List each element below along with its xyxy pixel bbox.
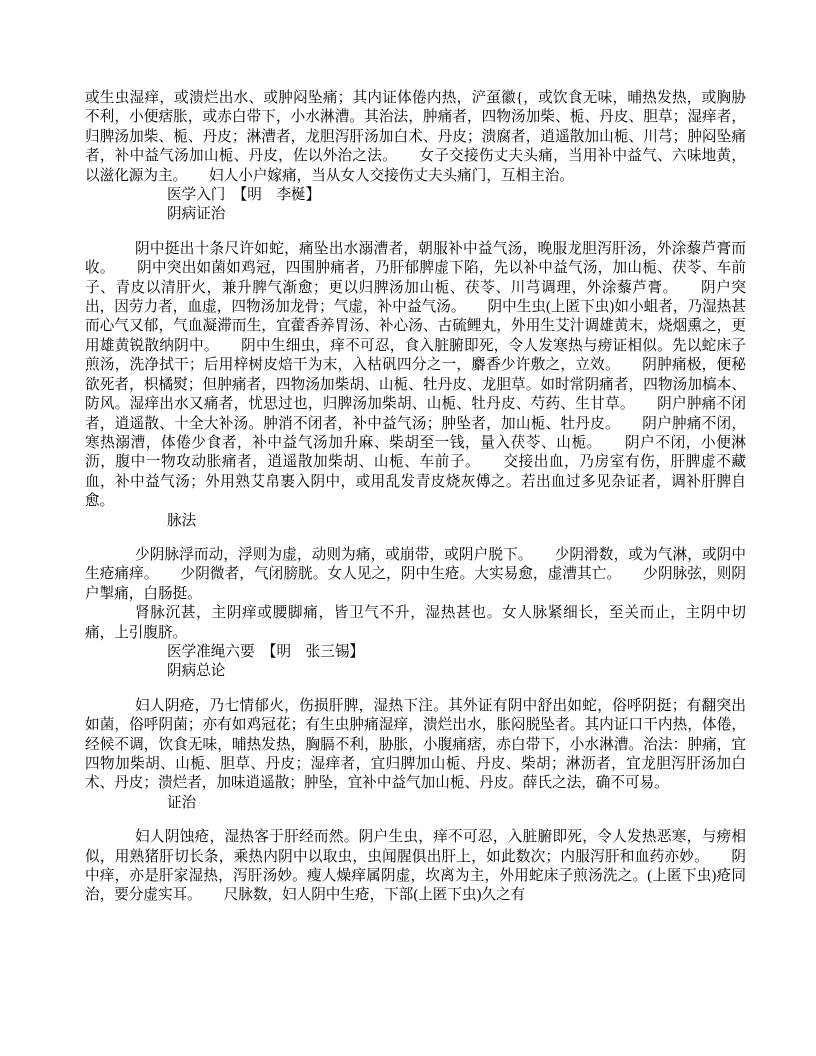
section-heading-yinbing-zhengzhi: 阴病证治 <box>167 205 746 224</box>
paragraph-yinbing-zhengzhi-body: 阴中挺出十条尺许如蛇，痛坠出水溺漕者，朝服补中益气汤，晚服龙胆泻肝汤，外涂藜芦膏… <box>85 240 746 512</box>
section-heading-zhengzhi: 证治 <box>167 794 746 813</box>
paragraph-continuation: 或生虫湿痒，或溃烂出水、或肿闷坠痛；其内证体倦内热，浐虿徽{，或饮食无味，晡热发… <box>85 89 746 186</box>
document-page: 或生虫湿痒，或溃烂出水、或肿闷坠痛；其内证体倦内热，浐虿徽{，或饮食无味，晡热发… <box>0 0 816 1056</box>
section-heading-yinbing-zonglun: 阴病总论 <box>167 662 746 681</box>
paragraph-zhengzhi-body: 妇人阴蚀疮，湿热客于肝经而然。阴户生虫，痒不可忍，入脏腑即死，令人发热恶寒，与痨… <box>85 828 746 906</box>
paragraph-yinbing-zonglun-body: 妇人阴疮，乃七情郁火，伤损肝脾，湿热下注。其外证有阴中舒出如蛇，俗呼阴挺；有翻突… <box>85 697 746 794</box>
paragraph-maifa-shaoyin: 少阴脉浮而动，浮则为虚，动则为痛，或崩带，或阴户脱下。 少阴滑数，或为气淋，或阴… <box>85 546 746 604</box>
book-title-yixuerumen: 医学入门 【明 李梴】 <box>167 186 746 205</box>
book-title-yixue-zhunsheng-liuyao: 医学准绳六要 【明 张三锡】 <box>167 643 746 662</box>
section-heading-maifa: 脉法 <box>167 512 746 531</box>
paragraph-maifa-shenmai: 肾脉沉甚，主阴痒或腰脚痛，皆卫气不升，湿热甚也。女人脉紧细长，至关而止，主阴中切… <box>85 604 746 643</box>
